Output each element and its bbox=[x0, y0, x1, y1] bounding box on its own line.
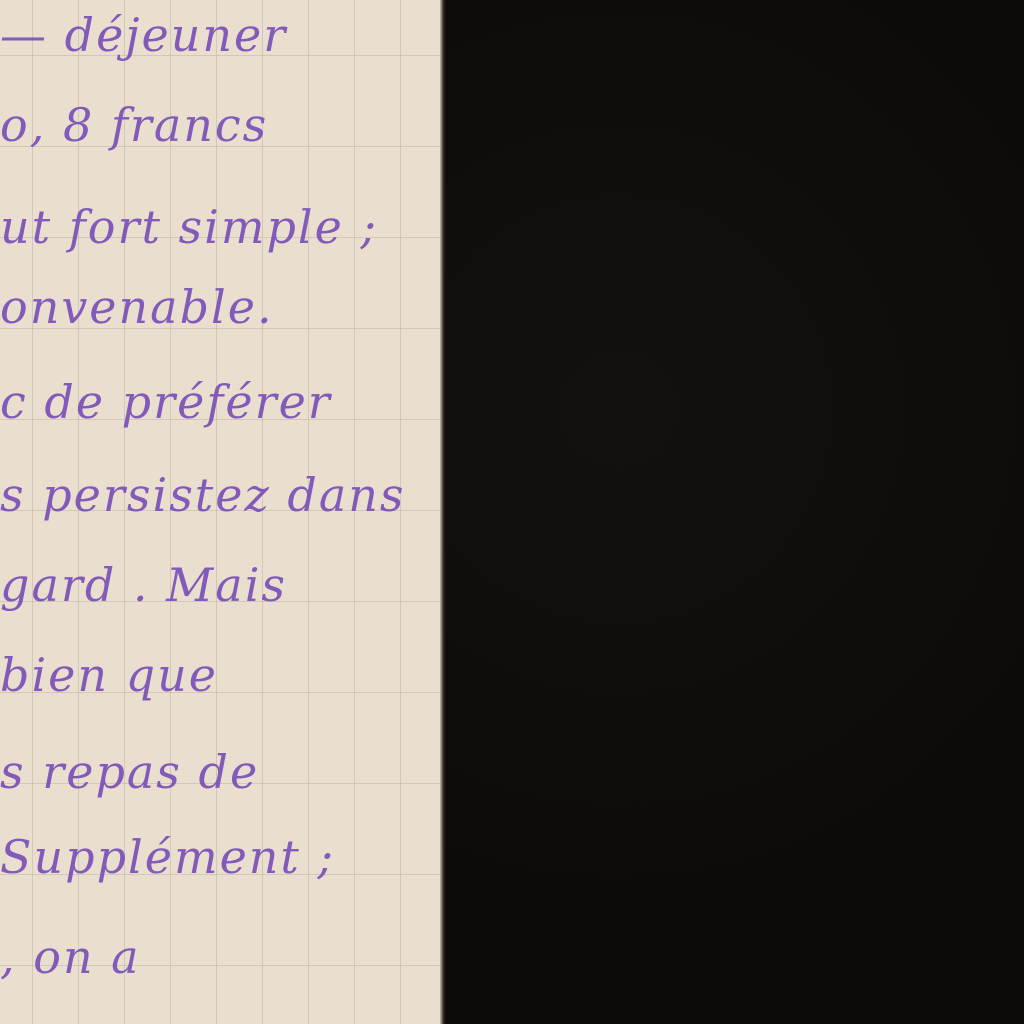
handwritten-line-1: — déjeuner bbox=[0, 8, 287, 62]
handwritten-line-6: s persistez dans bbox=[0, 468, 405, 522]
handwritten-line-5: c de préférer bbox=[0, 375, 332, 429]
letter-page: — déjeuner o, 8 francs ut fort simple ; … bbox=[0, 0, 442, 1024]
handwritten-line-2: o, 8 francs bbox=[0, 98, 268, 152]
paper-edge bbox=[440, 0, 446, 1024]
handwritten-line-7: gard . Mais bbox=[0, 558, 287, 612]
handwritten-line-10: Supplément ; bbox=[0, 830, 335, 884]
dark-background bbox=[446, 0, 1024, 1024]
handwritten-line-3: ut fort simple ; bbox=[0, 200, 378, 254]
handwritten-line-11: , on a bbox=[0, 930, 141, 984]
handwritten-line-9: s repas de bbox=[0, 745, 259, 799]
handwritten-line-4: onvenable. bbox=[0, 280, 274, 334]
handwritten-line-8: bien que bbox=[0, 648, 218, 702]
